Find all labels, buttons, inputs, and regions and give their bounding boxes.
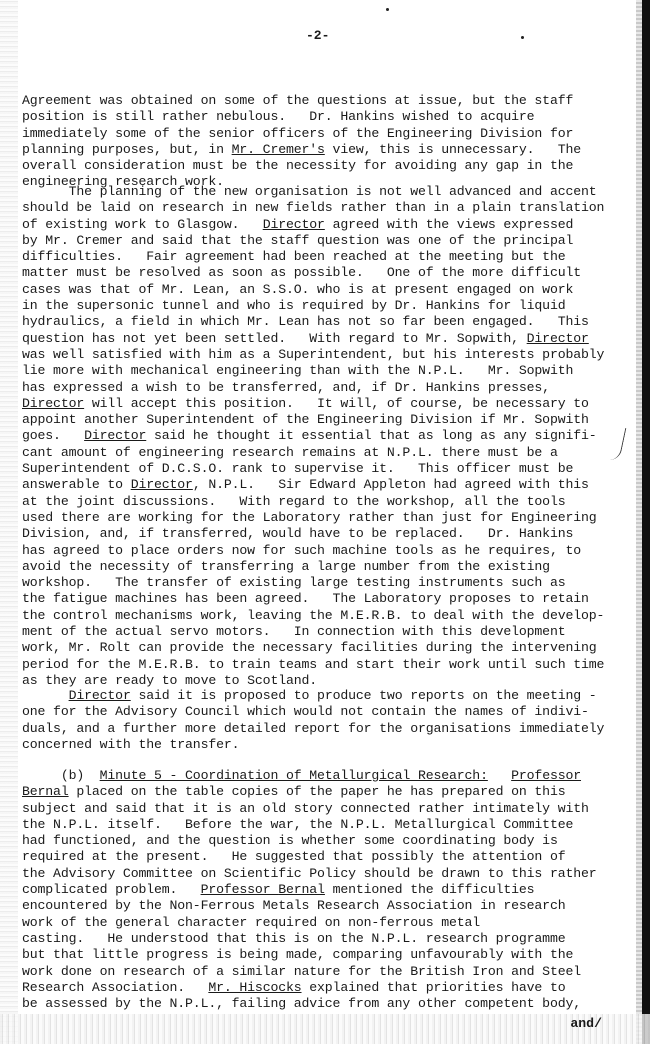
text-line: workshop. The transfer of existing large…	[22, 575, 626, 591]
text-line: position is still rather nebulous. Dr. H…	[22, 109, 626, 125]
catchword: and/	[570, 1016, 602, 1031]
text-line: the control mechanisms work, leaving the…	[22, 608, 626, 624]
text-line: in the supersonic tunnel and who is requ…	[22, 298, 626, 314]
text-line: work done on research of a similar natur…	[22, 964, 626, 980]
paragraph-4-minute-5: (b) Minute 5 - Coordination of Metallurg…	[22, 768, 626, 1012]
text-line: hydraulics, a field in which Mr. Lean ha…	[22, 314, 626, 330]
text-line: the N.P.L. itself. Before the war, the N…	[22, 817, 626, 833]
text-line: work, Mr. Rolt can provide the necessary…	[22, 640, 626, 656]
text-line: Superintendent of D.C.S.O. rank to super…	[22, 461, 626, 477]
text-line: subject and said that it is an old story…	[22, 801, 626, 817]
text-line: as they are ready to move to Scotland.	[22, 673, 626, 689]
text-line: required at the present. He suggested th…	[22, 849, 626, 865]
text-line: (b) Minute 5 - Coordination of Metallurg…	[22, 768, 626, 784]
text-line: The planning of the new organisation is …	[22, 184, 626, 200]
text-line: overall consideration must be the necess…	[22, 158, 626, 174]
text-line: matter must be resolved as soon as possi…	[22, 265, 626, 281]
text-line: at the joint discussions. With regard to…	[22, 494, 626, 510]
paragraph-2: The planning of the new organisation is …	[22, 184, 626, 689]
scan-bottom-noise	[0, 1014, 650, 1044]
text-line: Division, and, if transferred, would hav…	[22, 526, 626, 542]
text-line: ment of the actual servo motors. In conn…	[22, 624, 626, 640]
text-line: Director said it is proposed to produce …	[22, 688, 626, 704]
text-line: used there are working for the Laborator…	[22, 510, 626, 526]
text-line: complicated problem. Professor Bernal me…	[22, 882, 626, 898]
stray-mark	[386, 8, 389, 11]
text-line: Research Association. Mr. Hiscocks expla…	[22, 980, 626, 996]
text-line: casting. He understood that this is on t…	[22, 931, 626, 947]
text-line: one for the Advisory Council which would…	[22, 704, 626, 720]
scan-edge-left	[0, 0, 18, 1044]
text-line: difficulties. Fair agreement had been re…	[22, 249, 626, 265]
text-line: duals, and a further more detailed repor…	[22, 721, 626, 737]
paragraph-3: Director said it is proposed to produce …	[22, 688, 626, 753]
text-line: the fatigue machines has been agreed. Th…	[22, 591, 626, 607]
text-line: was well satisfied with him as a Superin…	[22, 347, 626, 363]
text-line: the Advisory Committee on Scientific Pol…	[22, 866, 626, 882]
text-line: planning purposes, but, in Mr. Cremer's …	[22, 142, 626, 158]
text-line: cases was that of Mr. Lean, an S.S.O. wh…	[22, 282, 626, 298]
text-line: encountered by the Non-Ferrous Metals Re…	[22, 898, 626, 914]
text-line: question has not yet been settled. With …	[22, 331, 626, 347]
text-line: by Mr. Cremer and said that the staff qu…	[22, 233, 626, 249]
text-line: Bernal placed on the table copies of the…	[22, 784, 626, 800]
stray-mark	[521, 36, 524, 39]
text-line: should be laid on research in new fields…	[22, 200, 626, 216]
text-line: of existing work to Glasgow. Director ag…	[22, 217, 626, 233]
text-line: but that little progress is being made, …	[22, 947, 626, 963]
text-line: period for the M.E.R.B. to train teams a…	[22, 657, 626, 673]
text-line: goes. Director said he thought it essent…	[22, 428, 626, 444]
page-number: -2-	[306, 28, 329, 43]
text-line: be assessed by the N.P.L., failing advic…	[22, 996, 626, 1012]
text-line: work of the general character required o…	[22, 915, 626, 931]
text-line: has expressed a wish to be transferred, …	[22, 380, 626, 396]
paragraph-1: Agreement was obtained on some of the qu…	[22, 93, 626, 191]
text-line: cant amount of engineering research rema…	[22, 445, 626, 461]
text-line: concerned with the transfer.	[22, 737, 626, 753]
text-line: immediately some of the senior officers …	[22, 126, 626, 142]
text-line: avoid the necessity of transferring a la…	[22, 559, 626, 575]
text-line: Director will accept this position. It w…	[22, 396, 626, 412]
text-line: appoint another Superintendent of the En…	[22, 412, 626, 428]
scan-edge-right	[642, 0, 650, 1044]
text-line: had functioned, and the question is whet…	[22, 833, 626, 849]
text-line: has agreed to place orders now for such …	[22, 543, 626, 559]
text-line: answerable to Director, N.P.L. Sir Edwar…	[22, 477, 626, 493]
text-line: lie more with mechanical engineering tha…	[22, 363, 626, 379]
text-line: Agreement was obtained on some of the qu…	[22, 93, 626, 109]
